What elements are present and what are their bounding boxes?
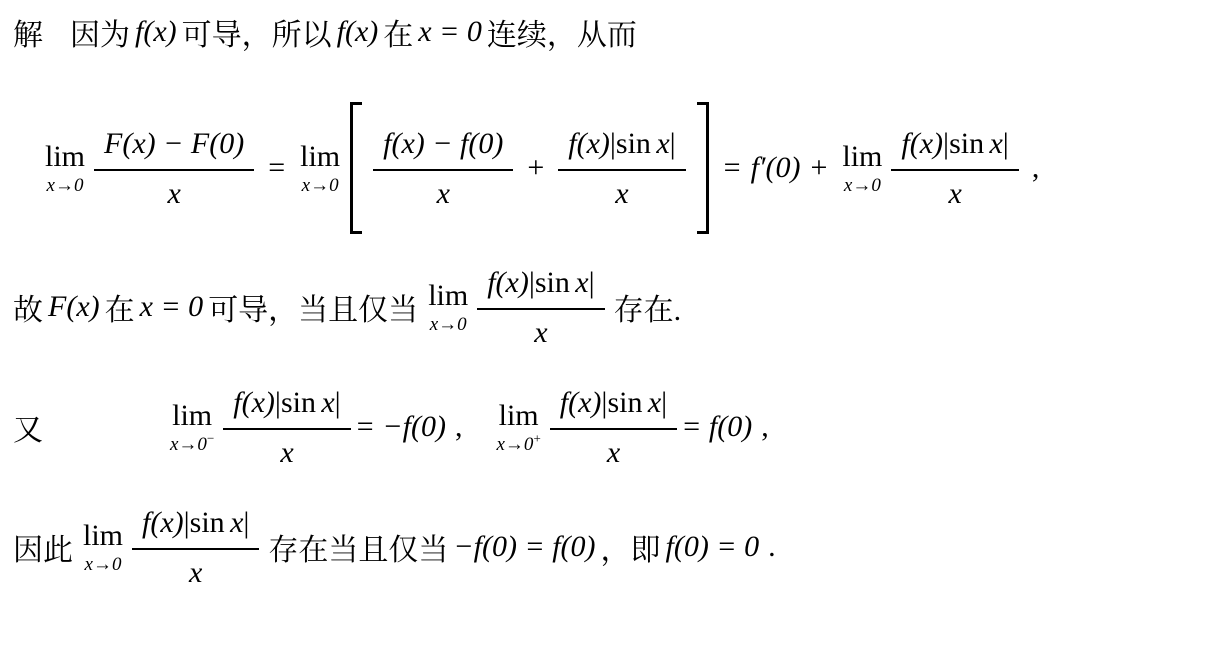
denominator: x bbox=[615, 171, 628, 212]
equals-f0: = f(0) bbox=[681, 410, 752, 444]
limit-operator: lim x→0 bbox=[300, 142, 340, 195]
text-segment: 可导，所以 bbox=[182, 10, 332, 54]
abs-bar: | bbox=[670, 127, 676, 160]
lim-word: lim bbox=[499, 401, 539, 431]
text-segment: 存在当且仅当 bbox=[268, 525, 448, 569]
numerator: f(x)|sinx| bbox=[558, 125, 685, 171]
fraction-f-diff: f(x) − f(0) x bbox=[373, 125, 513, 211]
math-f-of-x: f(x) bbox=[337, 15, 379, 49]
denominator: x bbox=[607, 430, 620, 471]
fraction-F-diff: F(x) − F(0) x bbox=[94, 125, 254, 211]
denominator: x bbox=[280, 430, 293, 471]
lim-subscript: x→0 bbox=[430, 315, 467, 334]
math-x-equals-0: x = 0 bbox=[418, 15, 482, 49]
lim-word: lim bbox=[83, 521, 123, 551]
lim-word: lim bbox=[300, 142, 340, 172]
lim-word: lim bbox=[45, 142, 85, 172]
limit-operator-right: lim x→0+ bbox=[497, 401, 541, 454]
solution-document: 解 因为 f(x) 可导，所以 f(x) 在 x = 0 连续，从而 lim x… bbox=[0, 0, 1218, 650]
neg-f0-equals-f0: −f(0) = f(0) bbox=[453, 530, 595, 564]
text-segment: 存在. bbox=[614, 285, 682, 329]
final-conclusion-line: 因此 lim x→0 f(x)|sinx| x 存在当且仅当 −f(0) = f… bbox=[8, 504, 1210, 590]
equals-sign: = bbox=[724, 151, 741, 185]
lim-subscript: x→0 bbox=[844, 176, 881, 195]
fraction-f-sin: f(x)|sinx| x bbox=[223, 384, 350, 470]
fraction-f-sin: f(x)|sinx| x bbox=[550, 384, 677, 470]
fraction-f-sin: f(x)|sinx| x bbox=[477, 264, 604, 350]
denominator: x bbox=[948, 171, 961, 212]
numerator: f(x)|sinx| bbox=[550, 384, 677, 430]
sin-word: sin bbox=[949, 127, 984, 160]
lim-subscript: x→0 bbox=[85, 555, 122, 574]
comma: , bbox=[455, 410, 463, 444]
numerator: f(x)|sinx| bbox=[132, 504, 259, 550]
denominator: x bbox=[167, 171, 180, 212]
text-segment: 因此 bbox=[13, 525, 73, 569]
plus-sign: + bbox=[527, 151, 544, 185]
text-segment: 在 bbox=[383, 10, 413, 54]
minus-superscript: − bbox=[207, 430, 214, 445]
math-x-equals-0: x = 0 bbox=[140, 290, 204, 324]
text-segment: ，即 bbox=[601, 525, 661, 569]
comma: , bbox=[761, 410, 769, 444]
abs-bar: | bbox=[661, 386, 667, 419]
denominator: x bbox=[534, 310, 547, 351]
numerator: f(x)|sinx| bbox=[891, 125, 1018, 171]
numerator: f(x)|sinx| bbox=[223, 384, 350, 430]
left-bracket bbox=[350, 102, 362, 234]
abs-bar: | bbox=[243, 506, 249, 539]
equals-sign: = bbox=[268, 151, 285, 185]
lim-subscript: x→0− bbox=[170, 435, 214, 454]
lim-word: lim bbox=[842, 142, 882, 172]
f-prime-zero: f′(0) bbox=[751, 151, 801, 185]
abs-bar: | bbox=[1003, 127, 1009, 160]
math-F-of-x: F(x) bbox=[48, 290, 100, 324]
sin-word: sin bbox=[190, 506, 225, 539]
text-segment: 连续，从而 bbox=[487, 10, 637, 54]
lim-subscript: x→0+ bbox=[497, 435, 541, 454]
limit-operator-left: lim x→0− bbox=[170, 401, 214, 454]
plus-sign: + bbox=[810, 151, 827, 185]
denominator: x bbox=[437, 171, 450, 212]
limit-operator: lim x→0 bbox=[45, 142, 85, 195]
f0-equals-0: f(0) = 0 bbox=[666, 530, 760, 564]
conclusion-line-1: 故 F(x) 在 x = 0 可导，当且仅当 lim x→0 f(x)|sinx… bbox=[8, 264, 1210, 350]
limit-operator: lim x→0 bbox=[842, 142, 882, 195]
fraction-f-sin: f(x)|sinx| x bbox=[558, 125, 685, 211]
sin-word: sin bbox=[535, 266, 570, 299]
sin-word: sin bbox=[281, 386, 316, 419]
text-segment: 故 bbox=[13, 285, 43, 329]
lim-subscript: x→0 bbox=[47, 176, 84, 195]
intro-text-line: 解 因为 f(x) 可导，所以 f(x) 在 x = 0 连续，从而 bbox=[8, 10, 1210, 54]
denominator: x bbox=[189, 550, 202, 591]
period: . bbox=[768, 530, 776, 564]
text-segment: 因为 bbox=[70, 10, 130, 54]
abs-bar: | bbox=[335, 386, 341, 419]
sin-word: sin bbox=[607, 386, 642, 419]
lim-word: lim bbox=[428, 281, 468, 311]
lim-word: lim bbox=[172, 401, 212, 431]
sin-word: sin bbox=[616, 127, 651, 160]
one-sided-limits-line: 又 lim x→0− f(x)|sinx| x = −f(0) , lim x→… bbox=[8, 384, 1210, 470]
right-bracket bbox=[697, 102, 709, 234]
equals-neg-f0: = −f(0) bbox=[355, 410, 446, 444]
comma: , bbox=[1032, 151, 1040, 185]
limit-operator: lim x→0 bbox=[428, 281, 468, 334]
text-segment: 在 bbox=[105, 285, 135, 329]
plus-superscript: + bbox=[533, 430, 540, 445]
numerator: F(x) − F(0) bbox=[94, 125, 254, 171]
math-f-of-x: f(x) bbox=[135, 15, 177, 49]
fraction-f-sin: f(x)|sinx| x bbox=[891, 125, 1018, 211]
text-segment: 又 bbox=[13, 405, 43, 449]
fraction-f-sin: f(x)|sinx| x bbox=[132, 504, 259, 590]
numerator: f(x) − f(0) bbox=[373, 125, 513, 171]
main-equation-line: lim x→0 F(x) − F(0) x = lim x→0 f(x) − f… bbox=[40, 102, 1210, 234]
solution-label: 解 bbox=[13, 10, 43, 54]
abs-bar: | bbox=[589, 266, 595, 299]
lim-subscript: x→0 bbox=[302, 176, 339, 195]
text-segment: 可导，当且仅当 bbox=[208, 285, 418, 329]
numerator: f(x)|sinx| bbox=[477, 264, 604, 310]
limit-operator: lim x→0 bbox=[83, 521, 123, 574]
